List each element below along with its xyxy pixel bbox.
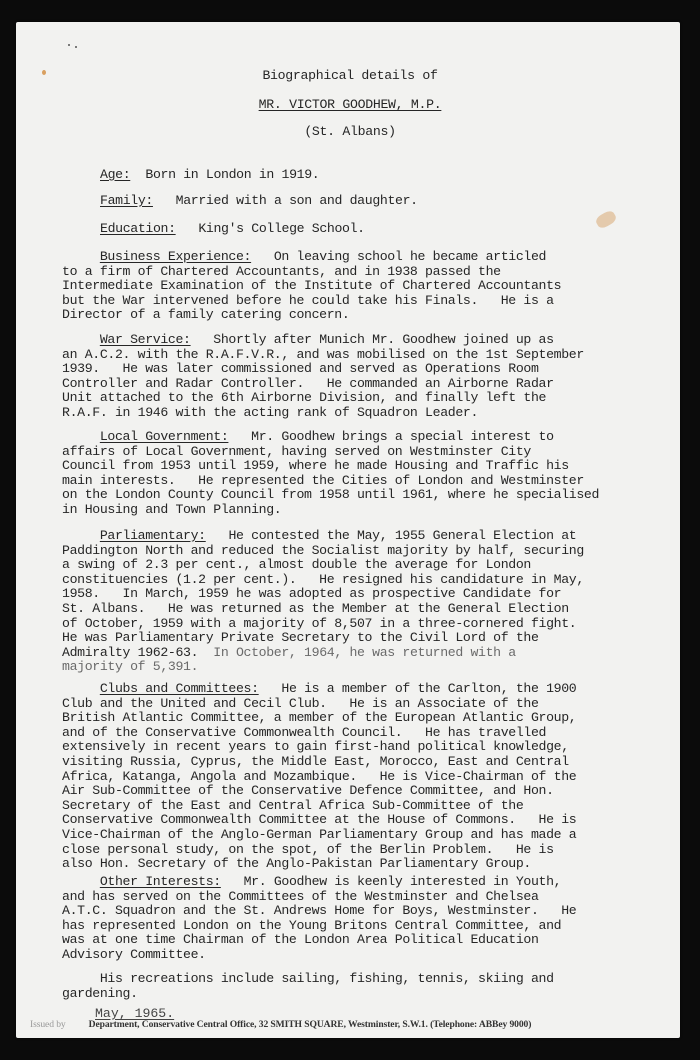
section-line: On leaving school he became articled [274,249,546,264]
section-line: visiting Russia, Cyprus, the Middle East… [62,754,569,769]
section-line: He contested the May, 1955 General Elect… [228,528,576,543]
section-paragraph: Business Experience: On leaving school h… [62,250,662,323]
section-addendum: In October, 1964, he was returned with a [213,645,516,660]
fact-label: Age: [100,167,130,182]
section-line: Vice-Chairman of the Anglo-German Parlia… [62,827,576,842]
section-line: St. Albans. He was returned as the Membe… [62,601,569,616]
fact-label: Family: [100,193,153,208]
section-line: Admiralty 1962-63. [62,645,198,660]
section-line: and has served on the Committees of the … [62,889,539,904]
section-line: 1939. He was later commissioned and serv… [62,361,539,376]
section-paragraph: Clubs and Committees: He is a member of … [62,682,662,872]
section-line: has represented London on the Young Brit… [62,918,561,933]
section-line: in Housing and Town Planning. [62,502,281,517]
footer-prefix: Issued by [30,1019,66,1030]
fact-education: Education: King's College School. [100,222,700,237]
paper-speck [68,44,70,46]
section-line: Shortly after Munich Mr. Goodhew joined … [213,332,553,347]
section-line: He is a member of the Carlton, the 1900 [281,681,576,696]
section-line: Director of a family catering concern. [62,307,349,322]
fact-family: Family: Married with a son and daughter. [100,194,700,209]
section-paragraph: War Service: Shortly after Munich Mr. Go… [62,333,662,421]
section-label: Business Experience: [100,249,251,264]
section-label: Clubs and Committees: [100,681,259,696]
section-label: War Service: [100,332,191,347]
fact-text: King's College School. [198,221,364,236]
section-line: Africa, Katanga, Angola and Mozambique. … [62,769,576,784]
section-line: but the War intervened before he could t… [62,293,554,308]
paper-speck [75,46,77,48]
section-line: 1958. In March, 1959 he was adopted as p… [62,586,561,601]
issuer-footer: Issued by Department, Conservative Centr… [30,1019,531,1030]
section-line: Secretary of the East and Central Africa… [62,798,523,813]
recreations-line: gardening. [62,986,138,1001]
section-line: Club and the United and Cecil Club. He i… [62,696,539,711]
section-line: and of the Conservative Commonwealth Cou… [62,725,546,740]
subject-name-text: MR. VICTOR GOODHEW, M.P. [259,97,442,112]
subject-name: MR. VICTOR GOODHEW, M.P. [0,97,700,112]
section-line: extensively in recent years to gain firs… [62,739,569,754]
section-line: close personal study, on the spot, of th… [62,842,554,857]
section-paragraph: Parliamentary: He contested the May, 195… [62,529,662,675]
section-label: Local Government: [100,429,229,444]
section-paragraph: Local Government: Mr. Goodhew brings a s… [62,430,662,518]
fact-age: Age: Born in London in 1919. [100,168,700,183]
section-line: Controller and Radar Controller. He comm… [62,376,554,391]
section-line: British Atlantic Committee, a member of … [62,710,576,725]
section-line: was at one time Chairman of the London A… [62,932,539,947]
section-line: also Hon. Secretary of the Anglo-Pakista… [62,856,531,871]
recreations-line: His recreations include sailing, fishing… [100,971,554,986]
footer-text: Department, Conservative Central Office,… [89,1019,532,1030]
fact-text: Born in London in 1919. [145,167,319,182]
section-paragraph: Other Interests: Mr. Goodhew is keenly i… [62,875,662,963]
section-line: Conservative Commonwealth Committee at t… [62,812,576,827]
section-line: a swing of 2.3 per cent., almost double … [62,557,531,572]
section-line: Mr. Goodhew brings a special interest to [251,429,554,444]
section-line: Intermediate Examination of the Institut… [62,278,561,293]
section-line: an A.C.2. with the R.A.F.V.R., and was m… [62,347,584,362]
section-line: A.T.C. Squadron and the St. Andrews Home… [62,903,576,918]
section-line: on the London County Council from 1958 u… [62,487,599,502]
section-line: Air Sub-Committee of the Conservative De… [62,783,554,798]
fact-text: Married with a son and daughter. [176,193,418,208]
section-addendum: majority of 5,391. [62,659,198,674]
document-heading: Biographical details of [0,68,700,83]
section-line: main interests. He represented the Citie… [62,473,584,488]
section-line: He was Parliamentary Private Secretary t… [62,630,539,645]
section-line: R.A.F. in 1946 with the acting rank of S… [62,405,478,420]
section-line: Council from 1953 until 1959, where he m… [62,458,569,473]
section-label: Parliamentary: [100,528,206,543]
section-line: constituencies (1.2 per cent.). He resig… [62,572,584,587]
section-label: Other Interests: [100,874,221,889]
recreations: His recreations include sailing, fishing… [62,972,662,1001]
constituency: (St. Albans) [0,124,700,139]
section-line: to a firm of Chartered Accountants, and … [62,264,501,279]
section-line: Paddington North and reduced the Sociali… [62,543,584,558]
section-line: Unit attached to the 6th Airborne Divisi… [62,390,546,405]
section-line: affairs of Local Government, having serv… [62,444,531,459]
section-line: Advisory Committee. [62,947,206,962]
section-line: Mr. Goodhew is keenly interested in Yout… [244,874,562,889]
fact-label: Education: [100,221,176,236]
section-line: of October, 1959 with a majority of 8,50… [62,616,576,631]
